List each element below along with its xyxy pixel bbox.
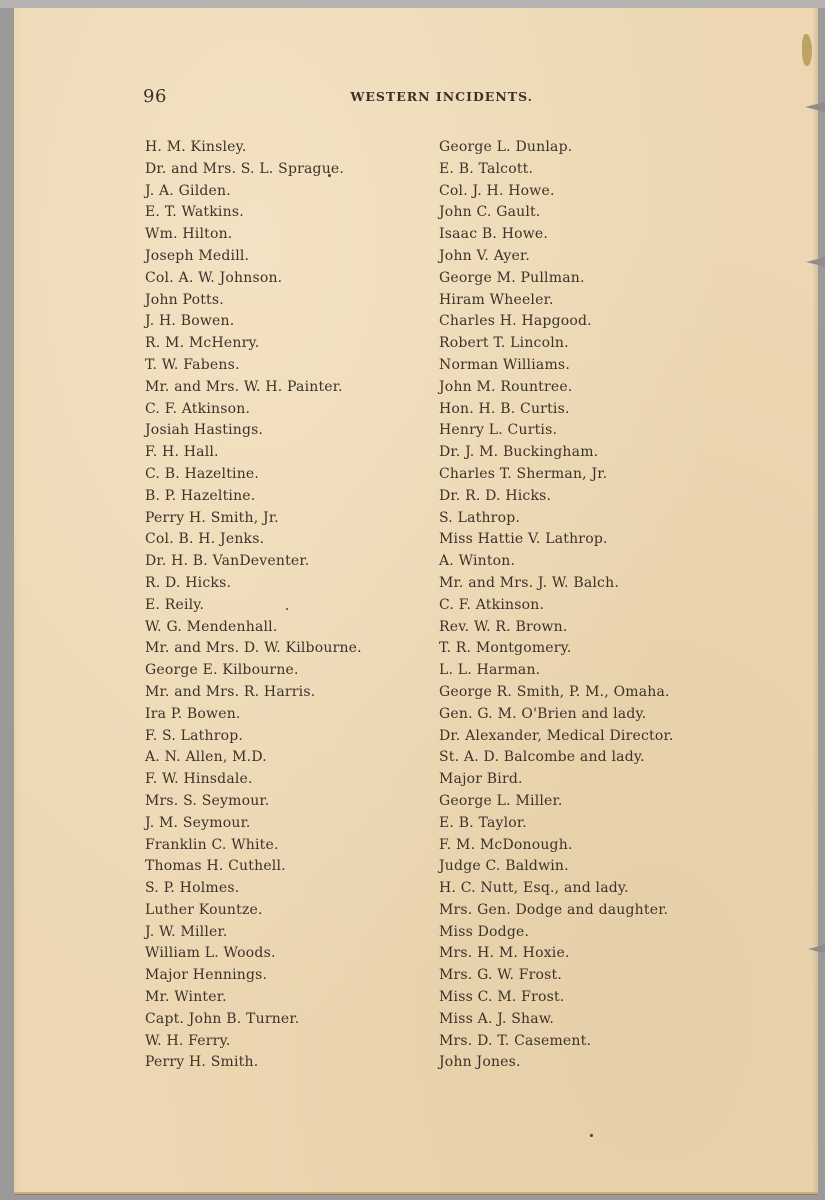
name-entry: Perry H. Smith, Jr. (145, 508, 362, 530)
name-entry: B. P. Hazeltine. (145, 486, 362, 508)
name-entry: Norman Williams. (439, 355, 673, 377)
name-entry: George L. Miller. (439, 791, 673, 813)
name-entry: Judge C. Baldwin. (439, 856, 673, 878)
name-entry: J. A. Gilden. (145, 181, 362, 203)
name-entry: Perry H. Smith. (145, 1052, 362, 1074)
name-entry: Wm. Hilton. (145, 224, 362, 246)
name-entry: L. L. Harman. (439, 660, 673, 682)
name-entry: T. R. Montgomery. (439, 638, 673, 660)
names-column-right: George L. Dunlap.E. B. Talcott.Col. J. H… (439, 137, 673, 1074)
name-entry: J. W. Miller. (145, 922, 362, 944)
name-entry: Henry L. Curtis. (439, 420, 673, 442)
name-entry: Gen. G. M. O'Brien and lady. (439, 704, 673, 726)
name-entry: J. H. Bowen. (145, 311, 362, 333)
name-entry: E. Reily. (145, 595, 362, 617)
name-entry: Mrs. Gen. Dodge and daughter. (439, 900, 673, 922)
name-entry: F. W. Hinsdale. (145, 769, 362, 791)
page-number: 96 (143, 86, 167, 107)
name-entry: R. D. Hicks. (145, 573, 362, 595)
name-entry: Miss C. M. Frost. (439, 987, 673, 1009)
name-entry: E. B. Taylor. (439, 813, 673, 835)
name-entry: C. F. Atkinson. (439, 595, 673, 617)
name-entry: Robert T. Lincoln. (439, 333, 673, 355)
name-entry: E. T. Watkins. (145, 202, 362, 224)
name-entry: Miss Hattie V. Lathrop. (439, 529, 673, 551)
name-entry: Dr. Alexander, Medical Director. (439, 726, 673, 748)
name-entry: Dr. R. D. Hicks. (439, 486, 673, 508)
name-entry: Dr. and Mrs. S. L. Sprague. (145, 159, 362, 181)
paper-speck (590, 1134, 593, 1137)
name-entry: Mr. and Mrs. D. W. Kilbourne. (145, 638, 362, 660)
name-entry: John Jones. (439, 1052, 673, 1074)
name-entry: Col. J. H. Howe. (439, 181, 673, 203)
name-entry: Capt. John B. Turner. (145, 1009, 362, 1031)
page-tear (805, 102, 825, 112)
name-entry: C. F. Atkinson. (145, 399, 362, 421)
name-entry: Mr. Winter. (145, 987, 362, 1009)
name-entry: Miss A. J. Shaw. (439, 1009, 673, 1031)
name-entry: Dr. J. M. Buckingham. (439, 442, 673, 464)
page-header: 96 WESTERN INCIDENTS. (143, 86, 533, 110)
name-entry: Franklin C. White. (145, 835, 362, 857)
name-entry: Mrs. H. M. Hoxie. (439, 943, 673, 965)
paper-stain (802, 34, 812, 66)
name-entry: Hiram Wheeler. (439, 290, 673, 312)
name-entry: Major Hennings. (145, 965, 362, 987)
book-page (14, 8, 818, 1194)
name-entry: A. Winton. (439, 551, 673, 573)
name-entry: W. H. Ferry. (145, 1031, 362, 1053)
running-title: WESTERN INCIDENTS. (350, 89, 533, 104)
name-entry: John Potts. (145, 290, 362, 312)
name-entry: Isaac B. Howe. (439, 224, 673, 246)
name-entry: T. W. Fabens. (145, 355, 362, 377)
page-tear (806, 257, 825, 267)
name-entry: Mrs. S. Seymour. (145, 791, 362, 813)
name-entry: William L. Woods. (145, 943, 362, 965)
name-entry: Major Bird. (439, 769, 673, 791)
name-entry: E. B. Talcott. (439, 159, 673, 181)
name-entry: Mrs. G. W. Frost. (439, 965, 673, 987)
name-entry: W. G. Mendenhall. (145, 617, 362, 639)
name-entry: Mr. and Mrs. J. W. Balch. (439, 573, 673, 595)
name-entry: Rev. W. R. Brown. (439, 617, 673, 639)
name-entry: George R. Smith, P. M., Omaha. (439, 682, 673, 704)
page-tear (808, 944, 825, 954)
name-entry: Charles T. Sherman, Jr. (439, 464, 673, 486)
name-entry: Mr. and Mrs. R. Harris. (145, 682, 362, 704)
name-entry: F. M. McDonough. (439, 835, 673, 857)
name-entry: C. B. Hazeltine. (145, 464, 362, 486)
name-entry: George E. Kilbourne. (145, 660, 362, 682)
scan-background-top (0, 0, 825, 8)
name-entry: Hon. H. B. Curtis. (439, 399, 673, 421)
name-entry: John C. Gault. (439, 202, 673, 224)
name-entry: Luther Kountze. (145, 900, 362, 922)
name-entry: Josiah Hastings. (145, 420, 362, 442)
name-entry: John M. Rountree. (439, 377, 673, 399)
name-entry: H. M. Kinsley. (145, 137, 362, 159)
name-entry: Thomas H. Cuthell. (145, 856, 362, 878)
name-entry: Dr. H. B. VanDeventer. (145, 551, 362, 573)
name-entry: S. P. Holmes. (145, 878, 362, 900)
name-entry: Col. A. W. Johnson. (145, 268, 362, 290)
name-entry: Joseph Medill. (145, 246, 362, 268)
name-entry: H. C. Nutt, Esq., and lady. (439, 878, 673, 900)
name-entry: St. A. D. Balcombe and lady. (439, 747, 673, 769)
name-entry: Charles H. Hapgood. (439, 311, 673, 333)
names-column-left: H. M. Kinsley.Dr. and Mrs. S. L. Sprague… (145, 137, 362, 1074)
name-entry: John V. Ayer. (439, 246, 673, 268)
page-edge-shadow (812, 8, 818, 1192)
name-entry: J. M. Seymour. (145, 813, 362, 835)
name-entry: R. M. McHenry. (145, 333, 362, 355)
name-entry: Mrs. D. T. Casement. (439, 1031, 673, 1053)
name-entry: S. Lathrop. (439, 508, 673, 530)
name-entry: F. H. Hall. (145, 442, 362, 464)
name-entry: Col. B. H. Jenks. (145, 529, 362, 551)
name-entry: F. S. Lathrop. (145, 726, 362, 748)
name-entry: A. N. Allen, M.D. (145, 747, 362, 769)
name-entry: George L. Dunlap. (439, 137, 673, 159)
name-entry: George M. Pullman. (439, 268, 673, 290)
name-entry: Mr. and Mrs. W. H. Painter. (145, 377, 362, 399)
name-entry: Miss Dodge. (439, 922, 673, 944)
name-entry: Ira P. Bowen. (145, 704, 362, 726)
